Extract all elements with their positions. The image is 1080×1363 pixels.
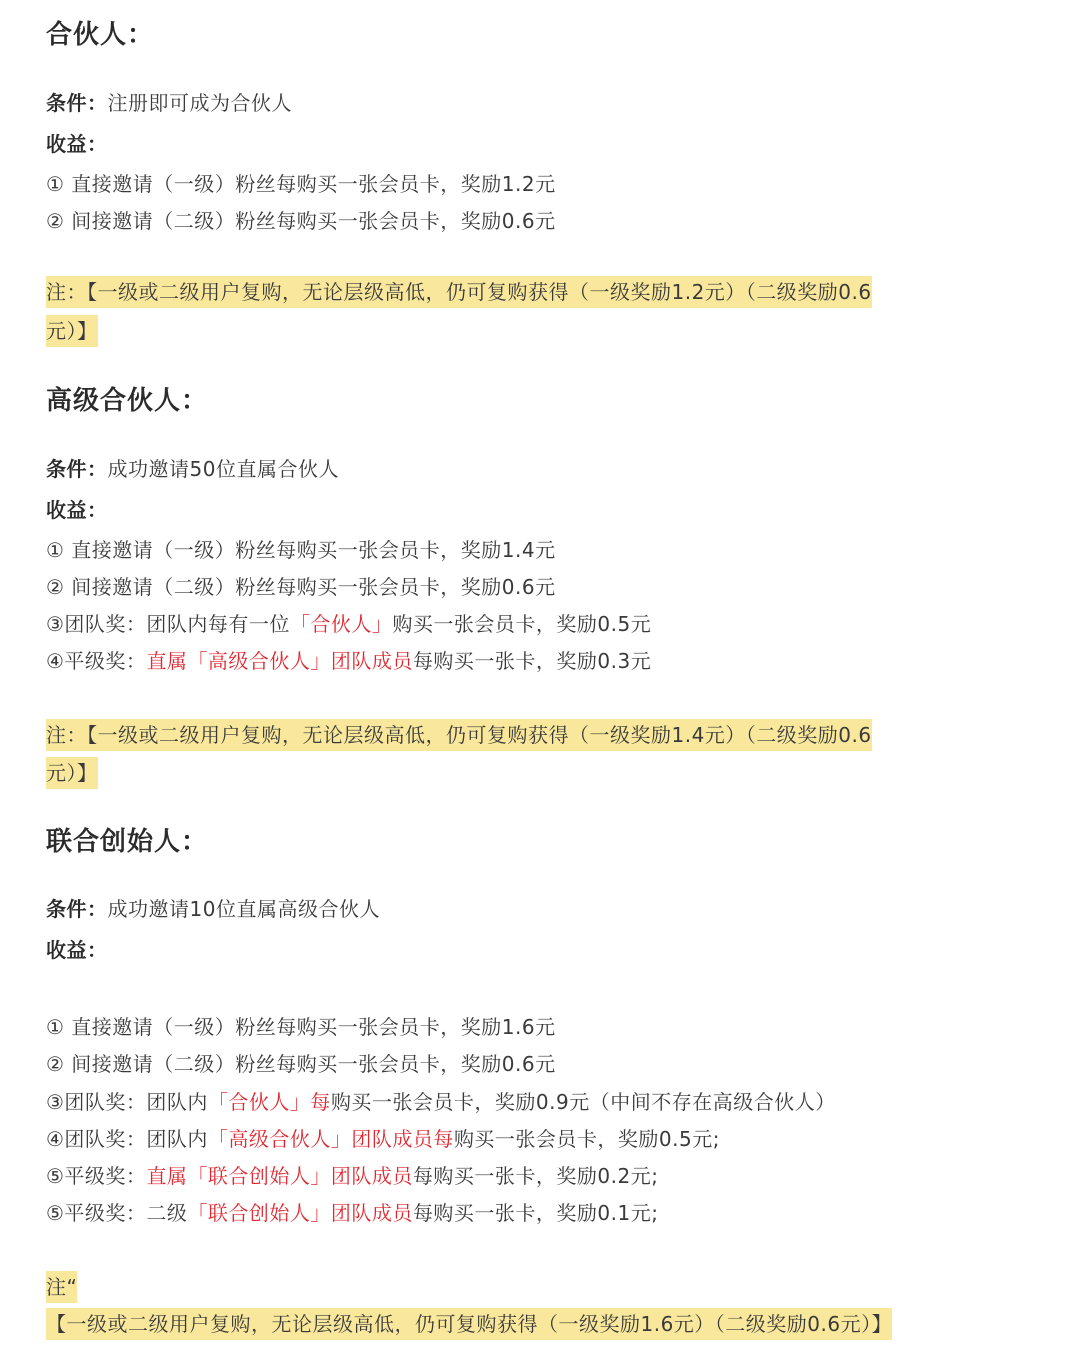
benefit-item: ⑤平级奖：直属「联合创始人」团队成员每购买一张卡，奖励0.2元; — [46, 1160, 658, 1189]
emphasis-text: 直属「高级合伙人」团队成员 — [146, 649, 413, 673]
condition-text: 注册即可成为合伙人 — [108, 91, 293, 115]
benefit-item: ⑤平级奖：二级「联合创始人」团队成员每购买一张卡，奖励0.1元; — [46, 1197, 658, 1226]
benefit-item: ② 间接邀请（二级）粉丝每购买一张会员卡，奖励0.6元 — [46, 205, 556, 234]
condition-label: 条件： — [46, 91, 108, 115]
note-highlight: 注：【一级或二级用户复购，无论层级高低，仍可复购获得（一级奖励1.2元）（二级奖… — [46, 276, 872, 305]
benefit-text: 购买一张会员卡，奖励0.9元（中间不存在高级合伙人） — [331, 1090, 836, 1114]
note-highlight: 注“ — [46, 1271, 77, 1300]
benefit-text: 每购买一张卡，奖励0.2元; — [413, 1164, 659, 1188]
condition-text: 成功邀请10位直属高级合伙人 — [108, 897, 380, 921]
benefit-item: ① 直接邀请（一级）粉丝每购买一张会员卡，奖励1.2元 — [46, 168, 556, 197]
emphasis-text: 直属「联合创始人」团队成员 — [146, 1164, 413, 1188]
condition-line: 条件：成功邀请50位直属合伙人 — [46, 453, 339, 482]
benefit-text: ③团队奖：团队内 — [46, 1090, 208, 1114]
note-highlight: 元）】 — [46, 315, 98, 344]
emphasis-text: 「合伙人」每 — [208, 1090, 331, 1114]
benefit-text: ④平级奖： — [46, 649, 146, 673]
condition-label: 条件： — [46, 897, 108, 921]
condition-line: 条件：成功邀请10位直属高级合伙人 — [46, 893, 380, 922]
benefit-item: ④团队奖：团队内「高级合伙人」团队成员每购买一张会员卡，奖励0.5元; — [46, 1123, 720, 1152]
benefits-label: 收益： — [46, 494, 108, 523]
condition-label: 条件： — [46, 457, 108, 481]
note-text: 注“ — [46, 1271, 77, 1303]
benefit-item: ③团队奖：团队内每有一位「合伙人」购买一张会员卡，奖励0.5元 — [46, 608, 651, 637]
benefit-item: ③团队奖：团队内「合伙人」每购买一张会员卡，奖励0.9元（中间不存在高级合伙人） — [46, 1086, 836, 1115]
section-title-partner: 合伙人： — [46, 14, 154, 51]
benefit-item: ④平级奖：直属「高级合伙人」团队成员每购买一张卡，奖励0.3元 — [46, 645, 651, 674]
benefit-text: ④团队奖：团队内 — [46, 1127, 208, 1151]
benefit-text: 每购买一张卡，奖励0.3元 — [413, 649, 651, 673]
note-highlight: 注：【一级或二级用户复购，无论层级高低，仍可复购获得（一级奖励1.4元）（二级奖… — [46, 719, 872, 748]
note-text: 元）】 — [46, 315, 98, 347]
emphasis-text: 「合伙人」 — [290, 612, 393, 636]
condition-text: 成功邀请50位直属合伙人 — [108, 457, 339, 481]
benefit-text: ⑤平级奖： — [46, 1164, 146, 1188]
benefit-text: 购买一张会员卡，奖励0.5元; — [454, 1127, 720, 1151]
emphasis-text: 「联合创始人」团队成员 — [187, 1201, 413, 1225]
benefit-text: 每购买一张卡，奖励0.1元; — [413, 1201, 659, 1225]
note-text: 【一级或二级用户复购，无论层级高低，仍可复购获得（一级奖励1.6元）（二级奖励0… — [46, 1308, 892, 1340]
benefits-label: 收益： — [46, 934, 108, 963]
note-text: 注：【一级或二级用户复购，无论层级高低，仍可复购获得（一级奖励1.4元）（二级奖… — [46, 719, 872, 751]
benefit-text: ⑤平级奖：二级 — [46, 1201, 187, 1225]
condition-line: 条件：注册即可成为合伙人 — [46, 87, 292, 116]
note-highlight: 元）】 — [46, 757, 98, 786]
benefit-item: ① 直接邀请（一级）粉丝每购买一张会员卡，奖励1.4元 — [46, 534, 556, 563]
note-highlight: 【一级或二级用户复购，无论层级高低，仍可复购获得（一级奖励1.6元）（二级奖励0… — [46, 1308, 892, 1337]
benefit-item: ① 直接邀请（一级）粉丝每购买一张会员卡，奖励1.6元 — [46, 1011, 556, 1040]
emphasis-text: 「高级合伙人」团队成员每 — [208, 1127, 454, 1151]
benefit-item: ② 间接邀请（二级）粉丝每购买一张会员卡，奖励0.6元 — [46, 571, 556, 600]
section-title-cofounder: 联合创始人： — [46, 821, 208, 858]
benefit-text: 购买一张会员卡，奖励0.5元 — [392, 612, 651, 636]
note-text: 元）】 — [46, 757, 98, 789]
section-title-senior-partner: 高级合伙人： — [46, 380, 208, 417]
note-text: 注：【一级或二级用户复购，无论层级高低，仍可复购获得（一级奖励1.2元）（二级奖… — [46, 276, 872, 308]
benefit-text: ③团队奖：团队内每有一位 — [46, 612, 290, 636]
benefit-item: ② 间接邀请（二级）粉丝每购买一张会员卡，奖励0.6元 — [46, 1048, 556, 1077]
benefits-label: 收益： — [46, 128, 108, 157]
